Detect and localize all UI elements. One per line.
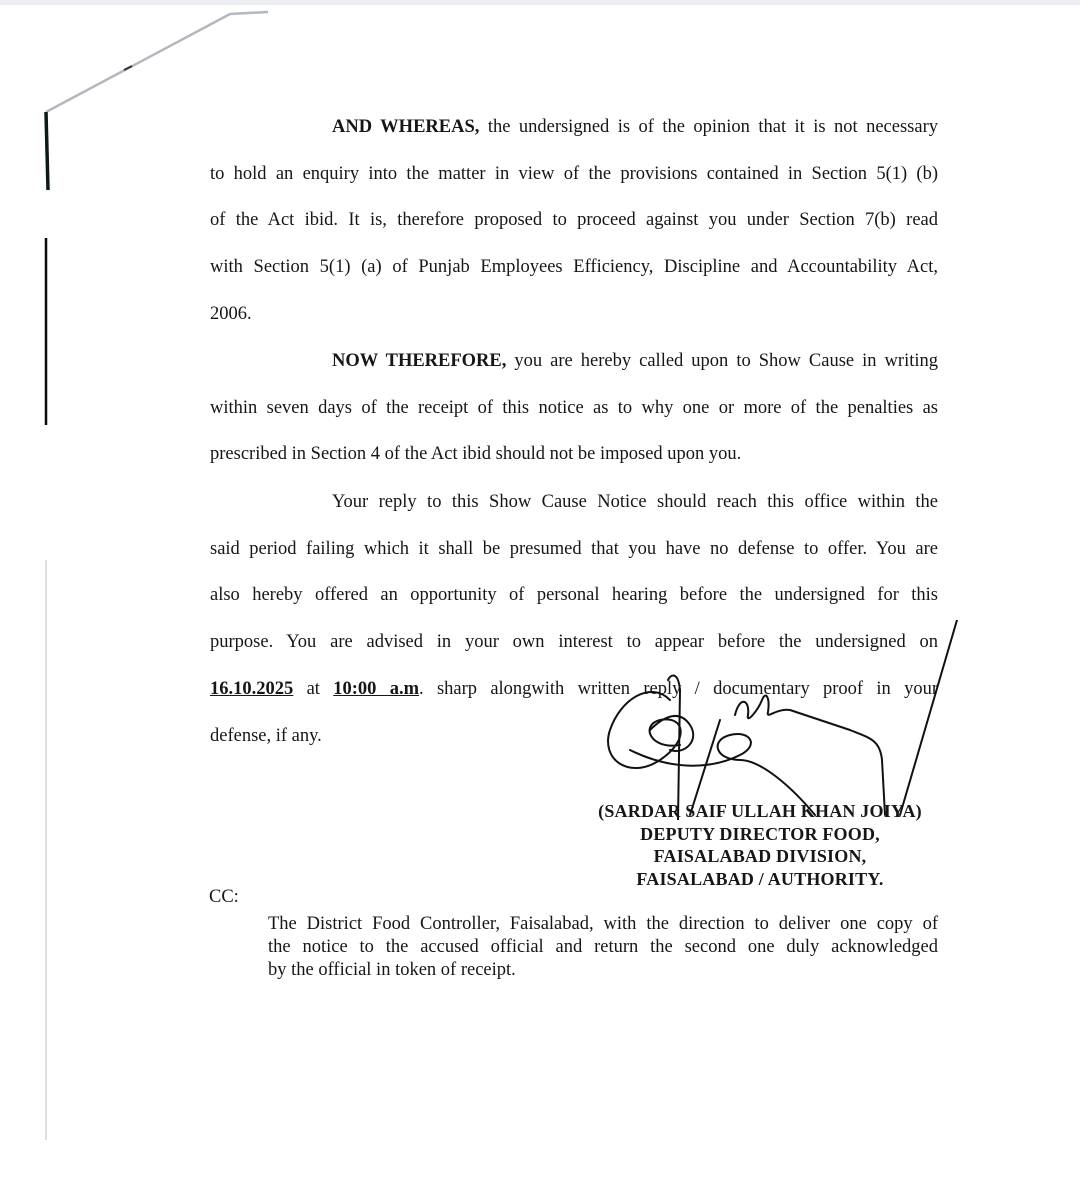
cc-label: CC: xyxy=(209,887,239,908)
hearing-date: 16.10.2025 xyxy=(210,679,293,699)
image-top-band xyxy=(0,0,1080,5)
hearing-time: 10:00 a.m xyxy=(333,679,419,699)
signatory-name: (SARDAR SAIF ULLAH KHAN JOIYA) xyxy=(560,800,960,823)
paragraph-and-whereas: AND WHEREAS, the undersigned is of the o… xyxy=(210,104,938,338)
signatory-authority: FAISALABAD / AUTHORITY. xyxy=(560,868,960,891)
paragraph-reply: Your reply to this Show Cause Notice sho… xyxy=(210,479,938,759)
signatory-designation: DEPUTY DIRECTOR FOOD, xyxy=(560,823,960,846)
signatory-block: (SARDAR SAIF ULLAH KHAN JOIYA) DEPUTY DI… xyxy=(560,800,960,890)
signatory-division: FAISALABAD DIVISION, xyxy=(560,845,960,868)
now-therefore-lead: NOW THEREFORE, xyxy=(332,351,506,371)
cc-recipient-text: The District Food Controller, Faisalabad… xyxy=(268,913,938,982)
paragraph-now-therefore: NOW THEREFORE, you are hereby called upo… xyxy=(210,338,938,478)
and-whereas-lead: AND WHEREAS, xyxy=(332,117,479,137)
